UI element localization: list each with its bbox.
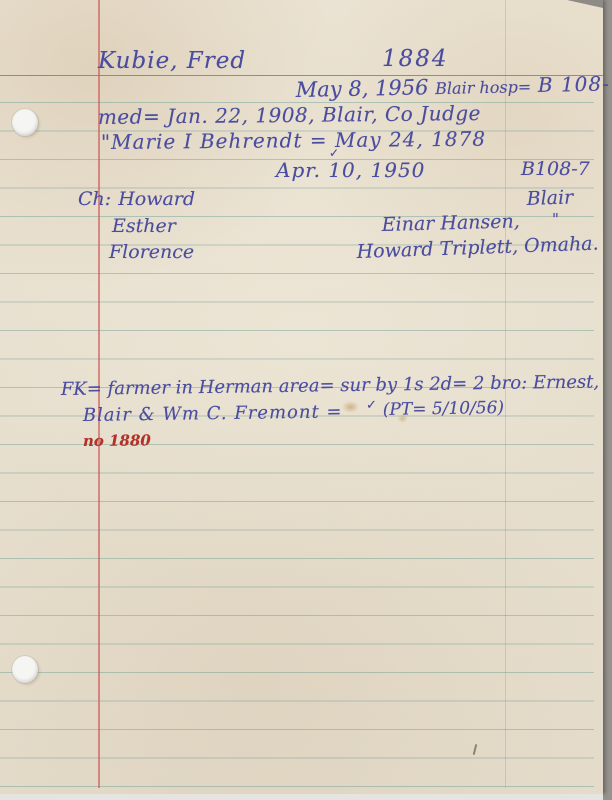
paper-stain (342, 401, 359, 413)
biography-note-line2: Blair & Wm C. Fremont = (83, 403, 343, 425)
child-name: Florence (109, 243, 194, 262)
death-line: May 8, 1956 Blair hosp= B 108-7 (296, 73, 612, 101)
children-row-howard: Ch:Howard (78, 190, 195, 209)
spouse-death-place: Blair (526, 188, 573, 209)
spouse-line: "Marie I Behrendt = May 24, 1878 (101, 129, 486, 152)
children-label: Ch: (78, 188, 111, 210)
spouse-death-record-ref: B108-7 (521, 160, 590, 179)
proof-date-note: (PT= 5/10/56) (383, 400, 505, 419)
birth-year: 1884 (382, 48, 449, 71)
child-name: Esther (112, 217, 176, 236)
ditto-mark: " (552, 212, 559, 227)
death-record-ref: B 108-7 (538, 71, 612, 97)
child-spouse: Einar Hansen, (382, 212, 520, 235)
death-place: Blair hosp= (435, 77, 531, 98)
surname-given-name: Kubie, Fred (98, 50, 246, 73)
death-date: May 8, 1956 (296, 75, 429, 102)
marriage-line: med= Jan. 22, 1908, Blair, Co Judge (98, 103, 481, 127)
child-name: Howard (118, 188, 195, 210)
page-edge-notch (567, 0, 603, 8)
census-note-red-ink: no 1880 (83, 433, 151, 449)
punch-hole-bottom (12, 656, 38, 683)
punch-hole-top (12, 109, 38, 136)
page-bottom-edge (0, 794, 603, 800)
notebook-page: Kubie, Fred 1884 May 8, 1956 Blair hosp=… (0, 0, 603, 794)
checkmark-icon: ✓ (366, 399, 377, 412)
right-margin-line (505, 0, 506, 788)
spouse-death-date: Apr. 10, 1950 (276, 160, 425, 180)
